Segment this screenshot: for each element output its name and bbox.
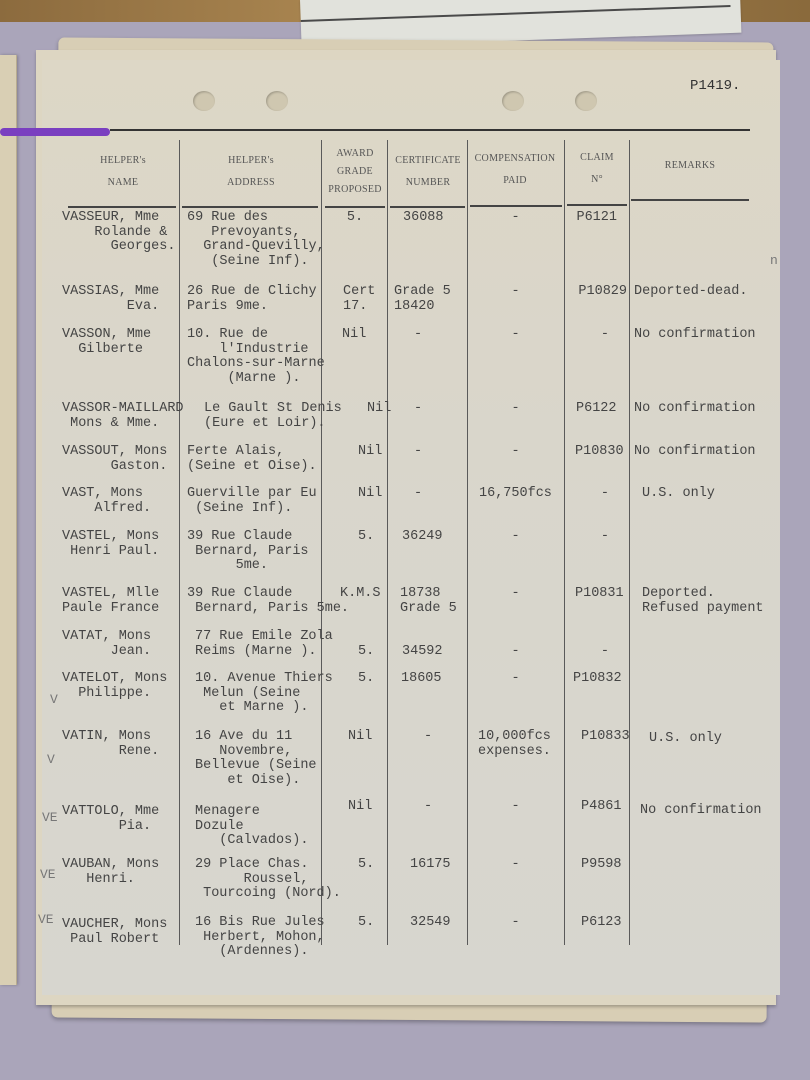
cell-certificate: 36249 [402, 530, 443, 545]
punch-hole [193, 91, 215, 111]
cell-name: VASSOR-MAILLARD Mons & Mme. [62, 402, 184, 431]
header-line: NUMBER [388, 172, 468, 194]
header-claim: CLAIM N° [565, 147, 629, 191]
punch-hole [502, 91, 524, 111]
cell-award: Nil [348, 800, 372, 815]
cell-remarks: No confirmation [640, 804, 762, 819]
header-rule [631, 199, 749, 201]
cell-award: 5. [358, 916, 374, 931]
cell-address: 39 Rue Claude Bernard, Paris 5me. [187, 530, 309, 574]
cell-certificate: - [388, 402, 448, 417]
header-line: COMPENSATION [466, 148, 564, 170]
cell-name: VASTEL, Mons Henri Paul. [62, 530, 159, 559]
cell-compensation: - [467, 672, 564, 687]
cell-certificate: - [388, 800, 468, 815]
cell-claim: P6122 [576, 402, 617, 417]
header-name: HELPER's NAME [68, 150, 178, 194]
cell-certificate: - [388, 730, 468, 745]
cell-claim: P9598 [581, 858, 622, 873]
cell-compensation: - [467, 587, 564, 602]
cell-address: 39 Rue Claude Bernard, Paris 5me. [187, 587, 349, 616]
cell-certificate: Grade 5 18420 [394, 285, 451, 314]
header-line: CLAIM [565, 147, 629, 169]
cell-address: 26 Rue de Clichy Paris 9me. [187, 285, 317, 314]
cell-award: 5. [358, 645, 374, 660]
cell-claim: P10831 [575, 587, 624, 602]
header-address: HELPER's ADDRESS [181, 150, 321, 194]
cell-name: VASSOUT, Mons Gaston. [62, 445, 167, 474]
sheet-id: P1419. [690, 78, 740, 94]
cell-compensation: - [467, 445, 564, 460]
cell-address: 69 Rue des Prevoyants, Grand-Quevilly, (… [187, 211, 325, 269]
cell-name: VAUBAN, Mons Henri. [62, 858, 159, 887]
cell-award: 5. [358, 672, 374, 687]
cell-certificate: - [388, 487, 448, 502]
cell-compensation: - [467, 530, 564, 545]
cell-compensation: - [467, 328, 564, 343]
top-rule [110, 129, 750, 131]
header-line: REMARKS [630, 155, 750, 177]
cell-name: VASSIAS, Mme Eva. [62, 285, 159, 314]
header-rule [68, 206, 176, 208]
cell-certificate: - [388, 328, 448, 343]
cell-remarks: U.S. only [649, 732, 722, 747]
cell-award: 5. [358, 858, 374, 873]
cell-certificate: 36088 [403, 211, 444, 226]
cell-compensation: - [467, 402, 564, 417]
binding-cord [0, 128, 110, 136]
cell-claim: P10829 [565, 285, 627, 300]
margin-note: V [47, 752, 55, 767]
column-divider [629, 140, 630, 945]
cell-address: Ferte Alais, (Seine et Oise). [187, 445, 317, 474]
cell-name: VASSEUR, Mme Rolande & Georges. [62, 211, 175, 255]
header-rule [470, 205, 562, 207]
cell-claim: P6121 [565, 211, 617, 226]
cell-award: Cert 17. [343, 285, 375, 314]
cell-award: K.M.S [340, 587, 381, 602]
cell-name: VATAT, Mons Jean. [62, 630, 151, 659]
cell-address: 77 Rue Emile Zola Reims (Marne ). [195, 630, 333, 659]
column-divider [387, 140, 388, 945]
cell-remarks: Deported-dead. [634, 285, 747, 300]
margin-note: VE [42, 810, 58, 825]
cell-claim: P10830 [575, 445, 624, 460]
header-line: N° [565, 169, 629, 191]
header-line: AWARD [322, 145, 388, 163]
cell-award: Nil [348, 730, 372, 745]
cell-address: Guerville par Eu (Seine Inf). [187, 487, 317, 516]
punch-hole [575, 91, 597, 111]
cell-claim: - [565, 645, 609, 660]
cell-claim: - [565, 530, 609, 545]
cell-name: VASSON, Mme Gilberte [62, 328, 151, 357]
header-rule [390, 206, 465, 208]
cell-address: 29 Place Chas. Roussel, Tourcoing (Nord)… [195, 858, 341, 902]
margin-note: VE [38, 912, 54, 927]
adjacent-page-edge [0, 55, 17, 985]
cell-certificate: 18738 Grade 5 [400, 587, 457, 616]
header-line: PAID [466, 170, 564, 192]
header-remarks: REMARKS [630, 155, 750, 177]
header-line: HELPER's [68, 150, 178, 172]
cell-compensation: - [467, 285, 564, 300]
header-line: PROPOSED [322, 181, 388, 199]
cell-compensation: - [467, 858, 564, 873]
cell-award: Nil [358, 445, 382, 460]
cell-compensation: - [467, 916, 564, 931]
header-certificate: CERTIFICATE NUMBER [388, 150, 468, 194]
cell-name: VAST, Mons Alfred. [62, 487, 151, 516]
cell-claim: P10833 [581, 730, 630, 745]
cell-award: Nil [358, 487, 382, 502]
column-divider [179, 140, 180, 945]
cell-remarks: No confirmation [634, 402, 756, 417]
cell-claim: - [565, 487, 609, 502]
margin-note: V [50, 692, 58, 707]
cell-certificate: 16175 [410, 858, 451, 873]
cell-name: VATIN, Mons Rene. [62, 730, 159, 759]
cell-certificate: 34592 [402, 645, 443, 660]
punch-hole [266, 91, 288, 111]
cell-award: 5. [358, 530, 374, 545]
cell-address: Le Gault St Denis (Eure et Loir). [204, 402, 342, 431]
cell-remarks: U.S. only [642, 487, 715, 502]
cell-award: 5. [322, 211, 388, 226]
header-line: HELPER's [181, 150, 321, 172]
header-compensation: COMPENSATION PAID [466, 148, 564, 192]
header-line: NAME [68, 172, 178, 194]
cell-certificate: 32549 [410, 916, 451, 931]
margin-note: n [770, 253, 778, 268]
cell-compensation: - [467, 211, 564, 226]
header-rule [182, 206, 318, 208]
cell-address: 16 Bis Rue Jules Herbert, Mohon, (Ardenn… [195, 916, 325, 960]
back-sheet-rule [301, 5, 731, 22]
cell-compensation: - [467, 800, 564, 815]
cell-name: VAUCHER, Mons Paul Robert [62, 918, 167, 947]
back-sheet-number: 1474 [688, 0, 722, 4]
cell-claim: P10832 [573, 672, 622, 687]
cell-award: Nil [342, 328, 366, 343]
cell-name: VATELOT, Mons Philippe. [62, 672, 167, 701]
margin-note: VE [40, 867, 56, 882]
header-rule [325, 206, 385, 208]
cell-certificate: - [388, 445, 448, 460]
cell-remarks: No confirmation [634, 328, 756, 343]
cell-name: VASTEL, Mlle Paule France [62, 587, 159, 616]
cell-compensation: 16,750fcs [479, 487, 552, 502]
header-line: ADDRESS [181, 172, 321, 194]
cell-claim: P6123 [581, 916, 622, 931]
cell-address: 10. Rue de l'Industrie Chalons-sur-Marne… [187, 328, 325, 386]
cell-remarks: No confirmation [634, 445, 756, 460]
header-line: GRADE [322, 163, 388, 181]
cell-compensation: 10,000fcs expenses. [478, 730, 551, 759]
cell-name: VATTOLO, Mme Pia. [62, 805, 159, 834]
cell-claim: P4861 [581, 800, 622, 815]
header-rule [567, 204, 627, 206]
cell-address: 10. Avenue Thiers Melun (Seine et Marne … [195, 672, 333, 716]
cell-address: 16 Ave du 11 Novembre, Bellevue (Seine e… [195, 730, 317, 788]
cell-certificate: 18605 [401, 672, 442, 687]
header-award: AWARD GRADE PROPOSED [322, 145, 388, 199]
cell-compensation: - [467, 645, 564, 660]
cell-remarks: Deported. Refused payment [642, 587, 764, 616]
cell-address: Menagere Dozule (Calvados). [195, 805, 308, 849]
header-line: CERTIFICATE [388, 150, 468, 172]
cell-claim: - [565, 328, 609, 343]
